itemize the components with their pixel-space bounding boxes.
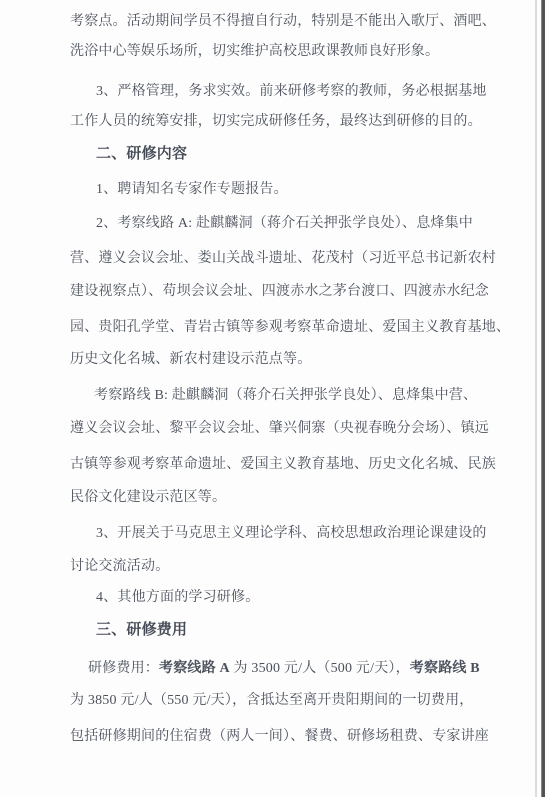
body-line: 古镇等参观考察革命遗址、爱国主义教育基地、历史文化名城、民族: [70, 457, 496, 473]
body-line: 3、开展关于马克思主义理论学科、高校思想政治理论课建设的: [96, 526, 487, 542]
body-line: 3、严格管理，务求实效。前来研修考察的教师，务必根据基地: [96, 84, 487, 100]
fee-line: 研修费用：考察线路 A 为 3500 元/人（500 元/天），考察路线 B: [88, 661, 480, 677]
body-line: 历史文化名城、新农村建设示范点等。: [70, 352, 311, 368]
body-line: 民俗文化建设示范区等。: [70, 490, 226, 506]
body-line: 建设视察点）、苟坝会议会址、四渡赤水之茅台渡口、四渡赤水纪念: [70, 284, 489, 300]
scan-edge-line: [541, 0, 545, 797]
body-line: 园、贵阳孔学堂、青岩古镇等参观考察革命遗址、爱国主义教育基地、: [70, 320, 510, 336]
route-a-name: 考察线路 A: [159, 661, 230, 676]
body-line: 考察路线 B: 赴麒麟洞（蒋介石关押张学良处）、息烽集中营、: [94, 388, 477, 404]
body-line: 讨论交流活动。: [70, 559, 169, 575]
body-line: 2、考察线路 A: 赴麒麟洞（蒋介石关押张学良处）、息烽集中: [96, 216, 473, 232]
section-heading-fees: 三、研修费用: [96, 622, 187, 638]
scanned-document-page: 考察点。活动期间学员不得擅自行动，特别是不能出入歌厅、酒吧、 洗浴中心等娱乐场所…: [0, 0, 547, 797]
body-line: 洗浴中心等娱乐场所，切实维护高校思政课教师良好形象。: [70, 44, 439, 60]
body-line: 4、其他方面的学习研修。: [96, 590, 259, 606]
scan-fold-line: [535, 0, 537, 797]
body-line: 考察点。活动期间学员不得擅自行动，特别是不能出入歌厅、酒吧、: [70, 14, 496, 30]
body-line: 营、遵义会议会址、娄山关战斗遗址、花茂村（习近平总书记新农村: [70, 251, 496, 267]
fee-label: 研修费用：: [88, 661, 159, 676]
body-line: 包括研修期间的住宿费（两人一间）、餐费、研修场租费、专家讲座: [70, 729, 489, 745]
route-b-name: 考察路线 B: [410, 661, 480, 676]
body-line: 遵义会议会址、黎平会议会址、肇兴侗寨（央视春晚分会场）、镇远: [70, 421, 489, 437]
body-line: 为 3850 元/人（550 元/天），含抵达至离开贵阳期间的一切费用，: [70, 693, 473, 709]
body-line: 工作人员的统筹安排，切实完成研修任务，最终达到研修的目的。: [70, 114, 482, 130]
route-a-price: 为 3500 元/人（500 元/天），: [230, 661, 410, 676]
body-line: 1、聘请知名专家作专题报告。: [96, 182, 288, 198]
section-heading-contents: 二、研修内容: [96, 146, 187, 162]
